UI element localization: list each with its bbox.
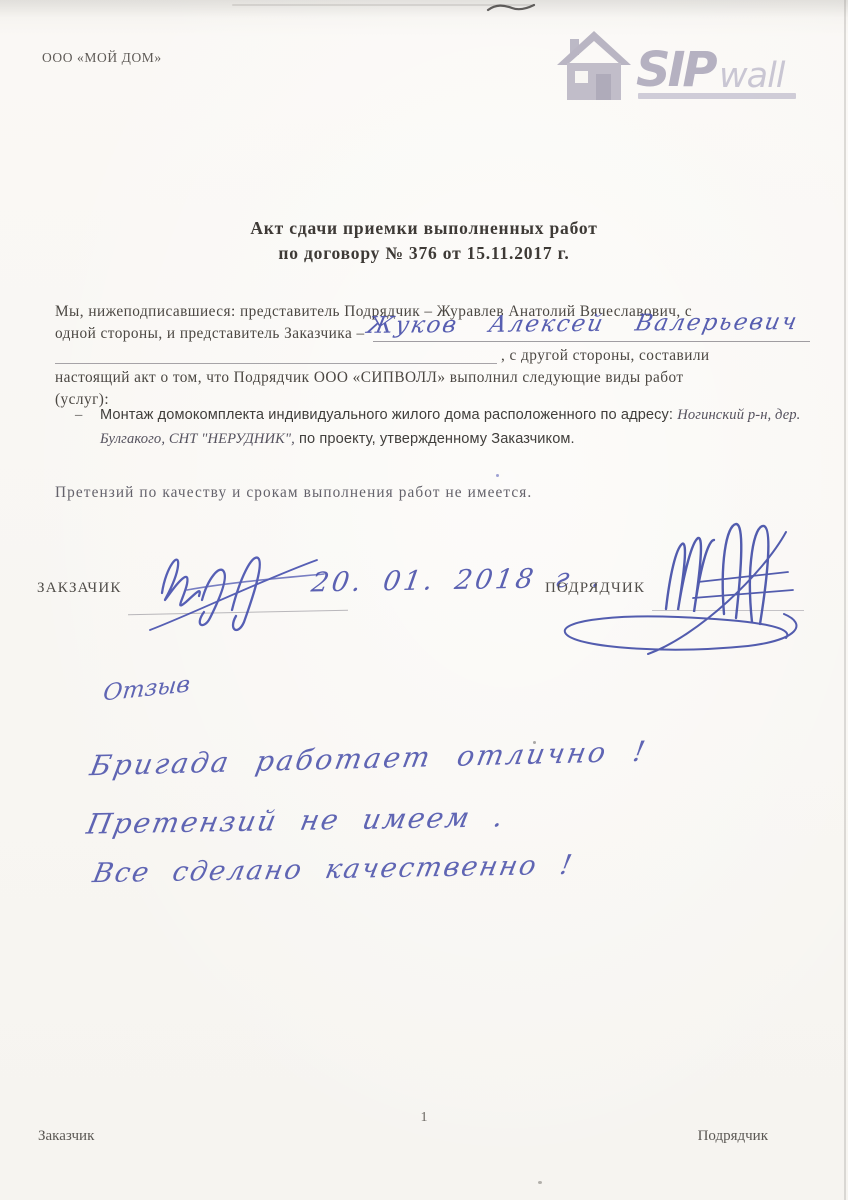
house-icon bbox=[557, 31, 631, 100]
sipwall-logo: SIP wall bbox=[556, 24, 808, 106]
contractor-signature bbox=[548, 514, 813, 659]
review-line-brigade: Бригада работает отлично ! bbox=[87, 735, 650, 782]
page-number: 1 bbox=[0, 1110, 848, 1126]
no-claims-statement: Претензий по качеству и срокам выполнени… bbox=[55, 484, 532, 502]
blank-line bbox=[55, 363, 497, 364]
scan-speck bbox=[533, 741, 536, 744]
document-title-line2: по договору № 376 от 15.11.2017 г. bbox=[0, 243, 848, 264]
scan-ink-mark bbox=[486, 2, 536, 14]
review-line-quality: Все сделано качественно ! bbox=[90, 850, 576, 889]
footer-contractor-label: Подрядчик bbox=[698, 1128, 768, 1145]
paragraph-line3-text: , с другой стороны, составили bbox=[501, 345, 710, 367]
footer-customer-label: Заказчик bbox=[38, 1128, 94, 1145]
ink-speck bbox=[496, 474, 499, 477]
works-description: Монтаж домокомплекта индивидуального жил… bbox=[100, 407, 677, 423]
handwritten-customer-name: Жуков Алексей Валерьевич bbox=[365, 309, 801, 339]
works-description-tail: по проекту, утвержденному Заказчиком. bbox=[295, 431, 575, 447]
scan-speck bbox=[538, 1181, 542, 1184]
review-title: Отзыв bbox=[102, 672, 192, 707]
blank-line bbox=[373, 341, 810, 342]
scanned-document-page: ООО «МОЙ ДОМ» SIP wall Акт сдачи приемки… bbox=[0, 0, 848, 1200]
customer-signature-label: ЗАКЗАЧИК bbox=[37, 580, 122, 597]
scan-edge-line bbox=[844, 0, 846, 1200]
logo-wall-text: wall bbox=[719, 56, 786, 96]
paragraph-line4: настоящий акт о том, что Подрядчик ООО «… bbox=[55, 367, 812, 389]
logo-sip-text: SIP bbox=[636, 42, 717, 98]
works-list-item: – Монтаж домокомплекта индивидуального ж… bbox=[100, 404, 814, 451]
logo-tagline-bar bbox=[638, 93, 796, 99]
review-line-claims: Претензий не имеем . bbox=[84, 800, 508, 840]
company-name: ООО «МОЙ ДОМ» bbox=[42, 50, 162, 66]
paragraph-line3: , с другой стороны, составили bbox=[55, 345, 812, 367]
document-title-line1: Акт сдачи приемки выполненных работ bbox=[0, 218, 848, 239]
list-dash: – bbox=[75, 404, 82, 428]
scan-top-shadow bbox=[0, 0, 848, 18]
paragraph-line2-text: одной стороны, и представитель Заказчика… bbox=[55, 323, 365, 345]
